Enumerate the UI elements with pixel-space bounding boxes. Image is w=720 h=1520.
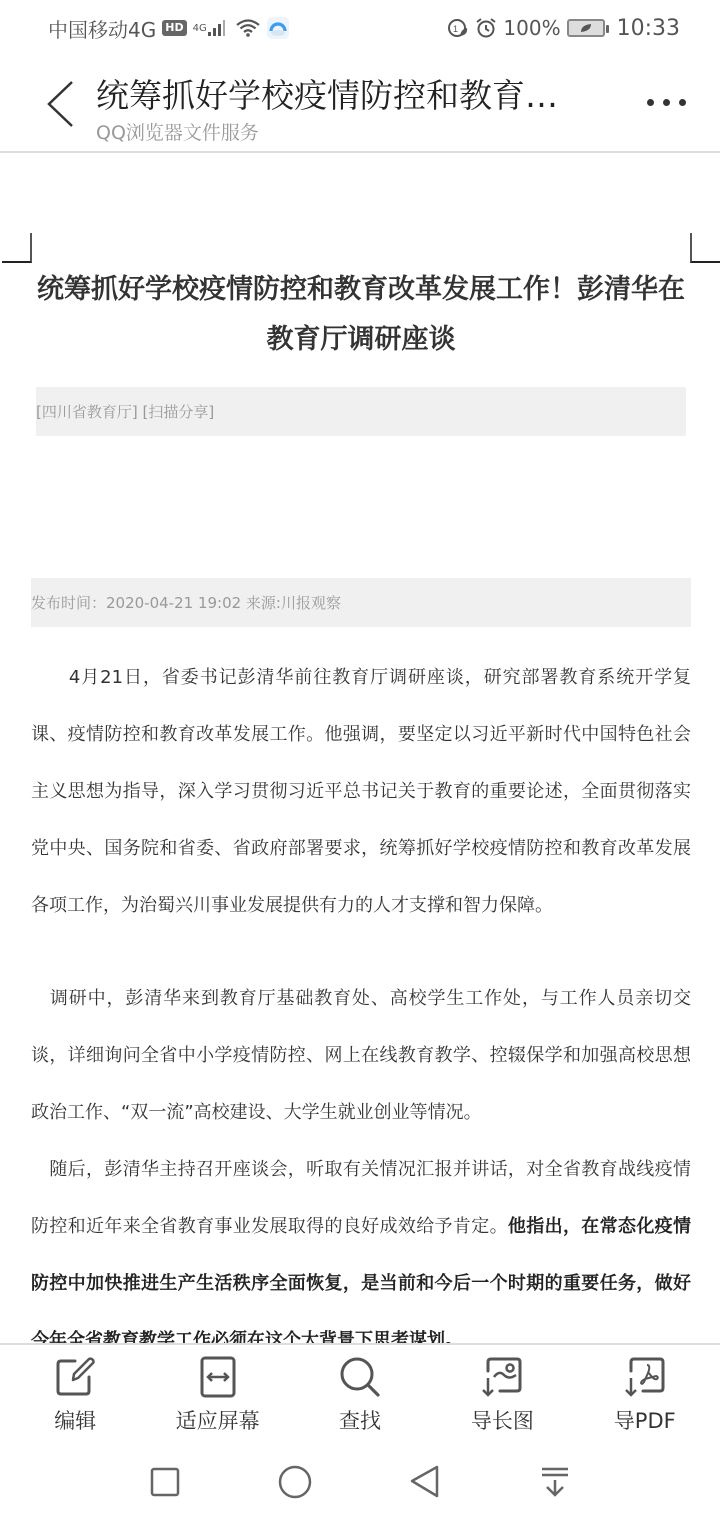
crop-mark-top-right <box>690 233 720 263</box>
publish-meta: 发布时间：2020-04-21 19:02 来源:川报观察 <box>31 578 691 627</box>
export-pdf-icon <box>623 1355 667 1399</box>
back-nav-button[interactable] <box>395 1452 455 1512</box>
home-circle-icon <box>277 1464 313 1500</box>
clock: 10:33 <box>617 16 680 41</box>
export-long-image-icon <box>480 1355 524 1399</box>
edit-label: 编辑 <box>54 1405 96 1435</box>
notification-pull-down-icon <box>539 1465 571 1499</box>
source-tags: [四川省教育厅] [扫描分享] <box>36 387 686 436</box>
carrier-label: 中国移动4G <box>48 14 156 43</box>
qq-browser-icon <box>267 17 289 39</box>
signal-icon: 4G <box>193 19 229 37</box>
bottom-toolbar: 编辑 适应屏幕 查找 导长图 导PDF <box>0 1343 720 1443</box>
crop-mark-top-left <box>2 233 32 263</box>
more-dots-icon <box>679 99 686 106</box>
paragraph-2: 调研中，彭清华来到教育厅基础教育处、高校学生工作处，与工作人员亲切交谈，详细询问… <box>31 970 691 1141</box>
more-button[interactable] <box>647 90 686 114</box>
paragraph-3: 随后，彭清华主持召开座谈会，听取有关情况汇报并讲话，对全省教育战线疫情防控和近年… <box>31 1141 691 1343</box>
document-title: 统筹抓好学校疫情防控和教育改革发展工作！彭清华在教育厅调研座谈 <box>28 265 694 365</box>
notification-button[interactable] <box>525 1452 585 1512</box>
chevron-left-icon <box>45 80 75 128</box>
wifi-icon <box>235 18 261 38</box>
edit-button[interactable]: 编辑 <box>10 1345 140 1443</box>
home-button[interactable] <box>265 1452 325 1512</box>
network-type-label: 4G <box>193 23 207 34</box>
fit-screen-label: 适应屏幕 <box>176 1405 260 1435</box>
paragraph-1: 4月21日，省委书记彭清华前往教育厅调研座谈，研究部署教育系统开学复课、疫情防控… <box>31 649 691 934</box>
recents-button[interactable] <box>135 1452 195 1512</box>
page-title: 统筹抓好学校疫情防控和教育… <box>96 70 558 117</box>
recents-square-icon <box>149 1466 181 1498</box>
battery-icon <box>567 19 605 37</box>
export-pdf-label: 导PDF <box>614 1405 676 1435</box>
export-long-image-button[interactable]: 导长图 <box>437 1345 567 1443</box>
page-subtitle: QQ浏览器文件服务 <box>96 118 259 145</box>
export-pdf-button[interactable]: 导PDF <box>580 1345 710 1443</box>
fit-screen-icon <box>196 1355 240 1399</box>
search-icon <box>338 1355 382 1399</box>
battery-percent: 100% <box>503 16 560 40</box>
system-nav-bar <box>0 1443 720 1520</box>
edit-icon <box>53 1355 97 1399</box>
document-viewer[interactable]: 统筹抓好学校疫情防控和教育改革发展工作！彭清华在教育厅调研座谈 [四川省教育厅]… <box>0 155 720 1343</box>
back-button[interactable] <box>40 78 80 130</box>
back-triangle-icon <box>408 1464 442 1500</box>
svg-text:1: 1 <box>453 24 458 34</box>
status-bar: 中国移动4G HD 4G 1 100% 10:33 <box>0 0 720 56</box>
status-bar-right: 1 100% 10:33 <box>447 16 680 41</box>
alarm-icon <box>475 17 497 39</box>
export-long-image-label: 导长图 <box>471 1405 534 1435</box>
fit-screen-button[interactable]: 适应屏幕 <box>153 1345 283 1443</box>
status-bar-left: 中国移动4G HD 4G <box>48 14 289 43</box>
search-label: 查找 <box>339 1405 381 1435</box>
title-bar: 统筹抓好学校疫情防控和教育… QQ浏览器文件服务 <box>0 56 720 153</box>
search-button[interactable]: 查找 <box>295 1345 425 1443</box>
data-saver-icon: 1 <box>447 17 469 39</box>
more-dots-icon <box>647 99 654 106</box>
hd-icon: HD <box>162 20 186 36</box>
more-dots-icon <box>663 99 670 106</box>
